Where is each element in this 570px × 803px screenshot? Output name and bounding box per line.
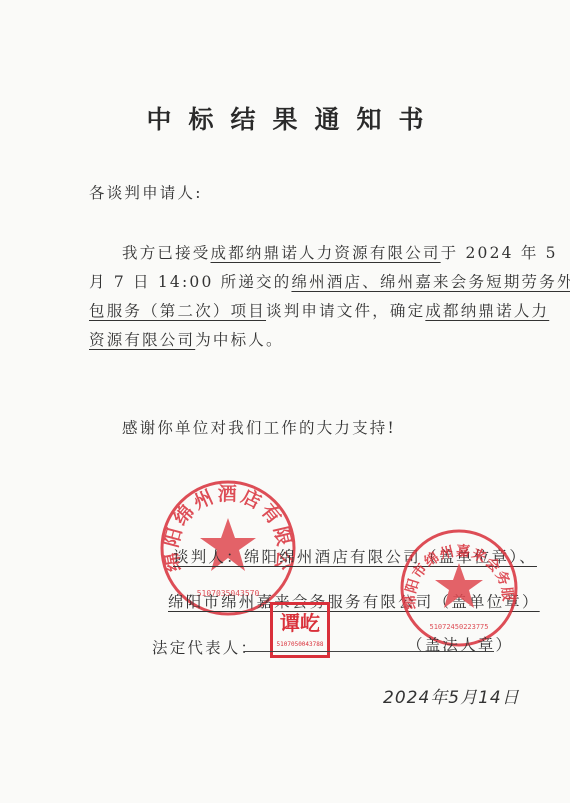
document-title: 中标结果通知书: [0, 100, 570, 136]
body-text: 月 7 日 14:00 所递交的: [89, 273, 291, 291]
winner-name: 资源有限公司: [89, 331, 195, 349]
body-line-1: 我方已接受成都纳鼎诺人力资源有限公司于 2024 年 5: [122, 241, 558, 263]
salutation: 各谈判申请人:: [89, 181, 203, 203]
negotiator-label: 谈判人：: [173, 548, 244, 566]
body-text: 谈判申请文件，确定: [266, 302, 425, 320]
winner-name: 成都纳鼎诺人力: [425, 302, 549, 320]
body-text: 我方已接受: [122, 244, 211, 262]
project-name: 绵州酒店、绵州嘉来会务短期劳务外: [291, 273, 570, 291]
svg-text:51072450223775: 51072450223775: [429, 623, 488, 631]
legal-rep-label: 法定代表人：: [152, 636, 258, 658]
legal-rep-personal-seal: 谭屹 5107050043788: [270, 602, 330, 658]
company-seal-conference: 绵阳市绵州嘉来会务服务有限公司 51072450223775: [398, 527, 520, 649]
handwritten-date: 2024年5月14日: [383, 683, 520, 708]
project-name: 包服务（第二次）项目: [89, 302, 266, 320]
body-line-2: 月 7 日 14:00 所递交的绵州酒店、绵州嘉来会务短期劳务外: [89, 270, 570, 292]
body-line-3: 包服务（第二次）项目谈判申请文件，确定成都纳鼎诺人力: [89, 299, 549, 321]
body-text: 于 2024 年 5: [441, 244, 558, 262]
document-page: 中标结果通知书 各谈判申请人: 我方已接受成都纳鼎诺人力资源有限公司于 2024…: [0, 0, 570, 803]
body-text: 为中标人。: [195, 331, 284, 349]
legal-rep-note: （盖法人章）: [407, 633, 513, 655]
winner-name: 成都纳鼎诺人力资源有限公司: [211, 244, 441, 262]
body-line-4: 资源有限公司为中标人。: [89, 328, 284, 350]
thanks-text: 感谢你单位对我们工作的大力支持!: [122, 416, 396, 438]
